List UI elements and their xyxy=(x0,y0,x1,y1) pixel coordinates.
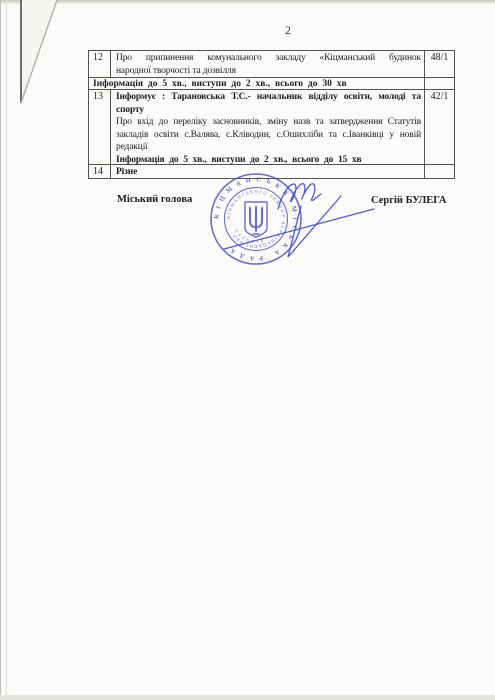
page-corner-fold xyxy=(0,0,70,110)
table-row-13: 13 Інформує : Тарановська Т.С.- начальни… xyxy=(89,90,454,165)
text-line: редакції xyxy=(116,141,421,154)
table-row-12: 12 Про припинення комунального закладу «… xyxy=(89,51,454,78)
text-line: Інформує : Тарановська Т.С.- начальник в… xyxy=(116,91,421,104)
stamp-and-signature: КІЦМАНСЬКА МІСЬКА РАДА КІЦМАНСЬКОГО РАЙО… xyxy=(200,164,385,276)
row-value: 48/1 xyxy=(424,51,454,77)
row-number: 12 xyxy=(89,51,111,77)
page-edge-bottom xyxy=(0,695,495,700)
row-value-empty xyxy=(424,165,454,178)
row-value-empty xyxy=(424,78,454,89)
text-line: спорту xyxy=(116,104,421,117)
text-line: народної творчості та дозвілля xyxy=(116,65,421,78)
row-text: Інформує : Тарановська Т.С.- начальник в… xyxy=(111,90,424,164)
scanned-document-page: { "page": { "number": "2" }, "table": { … xyxy=(0,0,495,700)
text-line: Про вхід до переліку засновників, зміну … xyxy=(116,116,421,129)
trident-shield-icon xyxy=(245,202,267,237)
row-value: 42/1 xyxy=(424,90,454,164)
row-text: Про припинення комунального закладу «Кіц… xyxy=(111,51,424,77)
page-number: 2 xyxy=(276,23,300,38)
agenda-table: 12 Про припинення комунального закладу «… xyxy=(88,50,455,179)
info-line: Інформація до 5 хв., виступи до 2 хв., в… xyxy=(93,78,421,90)
row-number: 14 xyxy=(89,165,111,178)
info-cell: Інформація до 5 хв., виступи до 2 хв., в… xyxy=(89,78,424,89)
table-row-info-12: Інформація до 5 хв., виступи до 2 хв., в… xyxy=(89,78,454,90)
text-line: Про припинення комунального закладу «Кіц… xyxy=(116,52,421,65)
signer-title: Міський голова xyxy=(117,194,192,205)
text-line: закладів освіти с.Валява, с.Кліводин, с.… xyxy=(116,129,421,142)
page-edge-top xyxy=(0,0,495,4)
row-number: 13 xyxy=(89,90,111,164)
